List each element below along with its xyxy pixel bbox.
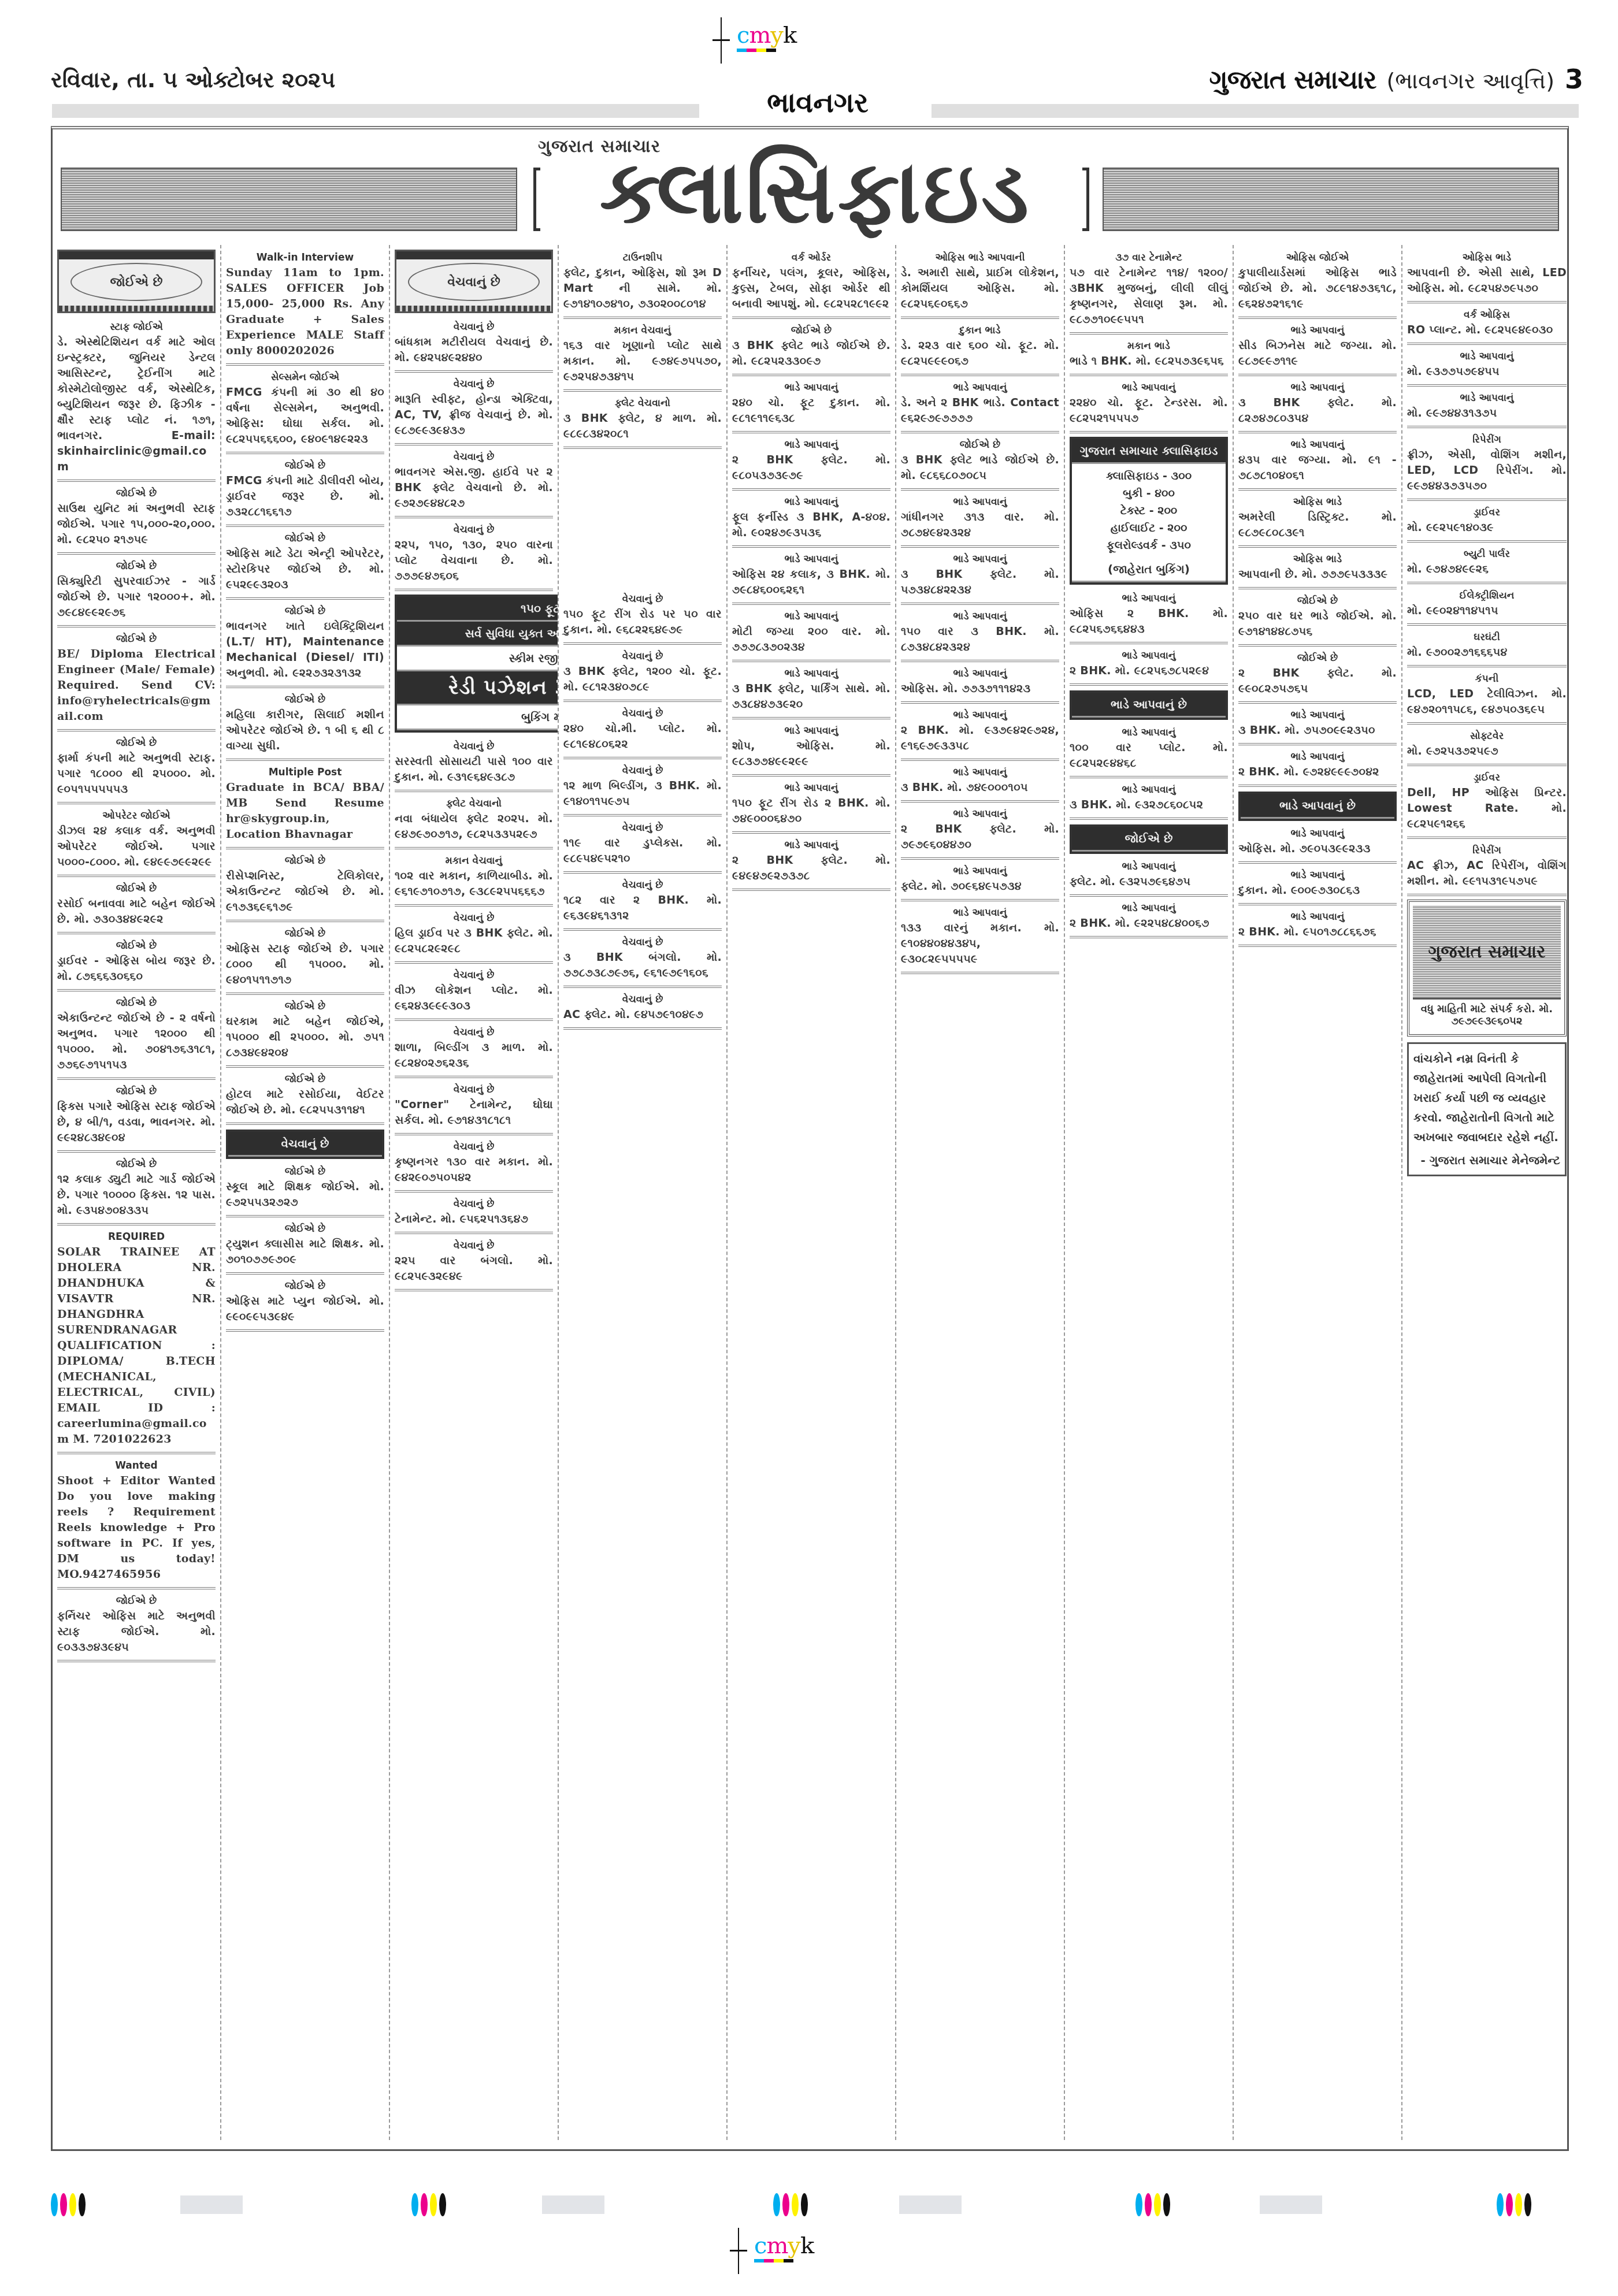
ad-text: ટેનામેન્ટ. મો. ૯૫૬૨૫૧૩૬૪૭ xyxy=(395,1212,553,1227)
ad-text: મહિલા કારીગર, સિલાઈ મશીન ઓપરેટર જોઈએ છે.… xyxy=(226,707,384,754)
rate-card-list: ક્લાસિફાઇડ - ૩૦૦ બુકી - ૪૦૦ ટેક્સ્ટ - ૨૦… xyxy=(1072,464,1226,558)
ad-text: મો. ૯૭૦૦૨૭૧૬૬૬૫૪ xyxy=(1407,645,1567,660)
ad-title: ભાડે આપવાનું xyxy=(901,668,1059,679)
ad-title: ભાડે આપવાનું xyxy=(1238,911,1397,923)
ad-text: ૧૫૦ વાર ૩ BHK. મો. ૮૭૩૪૮૪૨૩૨૪ xyxy=(901,624,1059,655)
header-band-right xyxy=(932,104,1579,118)
classified-ad: ઘરઘંટીમો. ૯૭૦૦૨૭૧૬૬૬૫૪ xyxy=(1407,629,1567,667)
ad-title: ઘરઘંટી xyxy=(1407,631,1567,643)
ad-text: ૨ BHK. મો. ૯૮૨૫૬૭૮૫૨૯૪ xyxy=(1070,663,1228,679)
ad-text: ૩ BHK ફ્લેટ. મો. ૫૭૩૪૮૪૨૨૩૪ xyxy=(901,567,1059,598)
cmyk-label: cmyk xyxy=(737,22,796,49)
ad-text: ૧૬૩ વાર ખૂણાનો પ્લોટ સાથે મકાન. મો. ૯૭૪૯… xyxy=(563,338,722,385)
notice-signature: - ગુજરાત સમાચાર મેનેજમેન્ટ xyxy=(1413,1150,1560,1170)
ad-title: વર્ક ઓર્ડર xyxy=(732,252,890,263)
ad-text: બાંધકામ મટીરીયલ વેચવાનું છે. મો. ૯૪૨૫૪૯૨… xyxy=(395,335,553,366)
bracket-left xyxy=(533,168,540,231)
ad-title: વેચવાનું છે xyxy=(563,765,722,777)
classified-ad: જોઈએ છેરીસેપ્શનિસ્ટ, ટેલિકોલર, એકાઉન્ટન્… xyxy=(226,853,384,922)
ad-text: "Corner" ટેનામેન્ટ, ઘોઘા સર્કલ. મો. ૯૭૧૪… xyxy=(395,1097,553,1128)
ad-text: ૧૫૦ ફૂટ રીંગ રોડ ૨ BHK. મો. ૭૪૯૦૦૦૬૪૭૦ xyxy=(732,796,890,827)
classified-ad: ભાડે આપવાનું૨ BHK. મો. ૯૭૨૪૯૯૯૭૦૪૨ xyxy=(1238,749,1397,787)
ad-text: ફ્રીઝ, એસી, વોશિંગ મશીન, LED, LCD રિપેરી… xyxy=(1407,447,1567,494)
classified-ad: જોઈએ છેમહિલા કારીગર, સિલાઈ મશીન ઓપરેટર જ… xyxy=(226,692,384,761)
ad-text: રીસેપ્શનિસ્ટ, ટેલિકોલર, એકાઉન્ટન્ટ જોઈએ … xyxy=(226,868,384,915)
classified-ad: ભાડે આપવાનુંફ્લેટ. મો. ૭૦૯૬૪૯૫૭૩૪ xyxy=(901,863,1059,901)
ad-title: ભાડે આપવાનું xyxy=(732,782,890,794)
classified-ad: જોઈએ છે૩ BHK ફ્લેટ ભાડે જોઈએ છે. મો. ૯૮૬… xyxy=(901,437,1059,491)
ad-title: ઓપરેટર જોઈએ xyxy=(57,810,216,822)
classified-ad: જોઈએ છે૨ BHK ફ્લેટ. મો. ૯૯૦૮૨૭૫૭૬૫ xyxy=(1238,650,1397,704)
classified-ad: ભાડે આપવાનુંમોટી જગ્યા ૨૦૦ વાર. મો. ૭૭૭૮… xyxy=(732,608,890,662)
classified-ad: ઓફિસ ભાડેઆપવાની છે. એસી સાથે, LED ઓફિસ. … xyxy=(1407,250,1567,303)
color-swatch xyxy=(1497,2193,1531,2216)
ad-title: વેચવાનું છે xyxy=(395,321,553,333)
ad-text: ૩ BHK ફ્લેટ, ૪ માળ. મો. ૯૮૯૮૩૪૨૦૮૧ xyxy=(563,411,722,442)
classified-ad: ભાડે આપવાનું૧૦૦ વાર પ્લોટ. મો. ૯૮૨૫૨૯૪૪૬… xyxy=(1070,725,1228,778)
ad-text: ફાર્મા કંપની માટે અનુભવી સ્ટાફ. પગાર ૧૮૦… xyxy=(57,751,216,797)
ad-text: મો. ૯૯૦૨૪૧૧૪૫૧૫ xyxy=(1407,603,1567,619)
ad-title: વેચવાનું છે xyxy=(395,378,553,390)
ad-title: જોઈએ છે xyxy=(57,737,216,749)
ad-title: જોઈએ છે xyxy=(226,460,384,471)
classified-ad: ઓફિસ ભાડે આપવાનીડે. અમારી સાથે, પ્રાઈમ લ… xyxy=(901,250,1059,319)
classified-ad-walk-in: Walk-in InterviewSunday 11am to 1pm. SAL… xyxy=(226,250,384,366)
classified-ad: ભાડે આપવાનુંમો. ૯૯૭૪૪૩૧૩૭૫ xyxy=(1407,390,1567,428)
ad-text: ૨૨૫, ૧૫૦, ૧૩૦, ૨૫૦ વારના પ્લોટ વેચવાના છ… xyxy=(395,537,553,584)
ad-title: ભાડે આપવાનું xyxy=(901,611,1059,622)
ad-title: ભાડે આપવાનું xyxy=(1238,382,1397,393)
ad-text: ડે. ૨૨૩ વાર ૬૦૦ ચો. ફૂટ. મો. ૯૮૨૫૯૯૯૦૬૭ xyxy=(901,338,1059,369)
ad-text: ડે. અમારી સાથે, પ્રાઈમ લોકેશન, કોમર્શિયલ… xyxy=(901,265,1059,312)
classified-ad: વેચવાનું છેહિલ ડ્રાઈવ પર ૩ BHK ફ્લેટ. મો… xyxy=(395,910,553,964)
ad-text: ફર્નીચર, પલંગ, કૂલર, ઓફિસ, કુલ્ર્સ, ટેબલ… xyxy=(732,265,890,312)
classified-ad: ભાડે આપવાનું૨ BHK ફ્લેટ. મો. ૭૯૭૯૬૦૪૪૭૦ xyxy=(901,806,1059,860)
classified-ad: જોઈએ છેસાઉથ યુનિટ માં અનુભવી સ્ટાફ જોઈએ.… xyxy=(57,485,216,555)
ad-text: મારૂતિ સ્વીફ્ટ, હોન્ડા એક્ટિવા, AC, TV, … xyxy=(395,392,553,439)
ad-text: ૩ BHK. મો. ૭૫૭૦૯૯૨૩૫૦ xyxy=(1238,723,1397,738)
ad-text: ૧૧૯ વાર ડુપ્લેક્સ. મો. ૯૮૯૫૪૯૫૨૧૦ xyxy=(563,835,722,867)
ad-text: FMCG કંપની માં ૩૦ થી ૪૦ વર્ષના સેલ્સમેન,… xyxy=(226,385,384,447)
ad-title: જોઈએ છે xyxy=(226,605,384,617)
ad-title: REQUIRED xyxy=(57,1231,216,1243)
ad-text: રસોઈ બનાવવા માટે બહેન જોઈએ છે. મો. ૭૩૦૩૪… xyxy=(57,896,216,927)
ad-text: આપવાની છે. મો. ૭૭૭૯૫૩૩૩૯ xyxy=(1238,567,1397,582)
ad-title: જોઈએ છે xyxy=(57,633,216,645)
classified-ad: ભાડે આપવાનુંફ્લેટ. મો. ૯૩૨૫૭૯૬૪૭૫ xyxy=(1070,859,1228,897)
ad-title: ભાડે આપવાનું xyxy=(1070,861,1228,872)
cmyk-c: c xyxy=(754,2232,766,2259)
ad-title: જોઈએ છે xyxy=(226,855,384,867)
classified-ad: જોઈએ છેભાવનગર ખાતે ઇલેક્ટ્રિશિયન (L.T/ H… xyxy=(226,603,384,688)
column-5: વર્ક ઓર્ડરફર્નીચર, પલંગ, કૂલર, ઓફિસ, કુલ… xyxy=(728,245,896,2140)
category-label: ભાડે આપવાનું છે xyxy=(1241,794,1394,819)
classified-ad-multiple-post: Multiple PostGraduate in BCA/ BBA/ MB Se… xyxy=(226,764,384,849)
ad-title: વેચવાનું છે xyxy=(563,822,722,834)
ad-text: હિલ ડ્રાઈવ પર ૩ BHK ફ્લેટ. મો. ૯૮૨૫૮૨૯૨૯… xyxy=(395,926,553,957)
ad-text: ૨૪૦ ચો.મી. પ્લોટ. મો. ૯૮૧૯૪૮૦૬૨૨ xyxy=(563,721,722,752)
ad-title: સોફ્ટવેર xyxy=(1407,730,1567,742)
ad-text: ૧૮૨ વાર ૨ BHK. મો. ૯૬૩૯૪૬૧૩૧૨ xyxy=(563,893,722,924)
classified-ad: ભાડે આપવાનું૨ BHK. મો. ૯૨૨૫૪૮૪૦૦૬૭ xyxy=(1070,900,1228,938)
ad-text: ટ્યુશન ક્લાસીસ માટે શિક્ષક. મો. ૭૦૧૦૭૭૯૭… xyxy=(226,1236,384,1268)
ad-title: વેચવાનું છે xyxy=(395,1141,553,1153)
ad-text: ભાડે ૧ BHK. મો. ૯૮૨૫૭૩૯૬૫૬ xyxy=(1070,354,1228,369)
ad-title: Multiple Post xyxy=(226,767,384,778)
small-category-box: જોઈએ છે xyxy=(1070,824,1228,854)
ad-text: ૨૫૦ વાર ઘર ભાડે જોઈએ. મો. ૯૭૧૪૧૪૪૮૭૫૬ xyxy=(1238,608,1397,640)
ad-text: Graduate in BCA/ BBA/ MB Send Resume hr@… xyxy=(226,780,384,842)
rate-item: બુકી - ૪૦૦ xyxy=(1075,485,1222,502)
ad-title: જોઈએ છે xyxy=(226,1166,384,1177)
cmyk-bar xyxy=(737,49,776,52)
classifieds-page: ગુજરાત સમાચાર ક્લાસિફાઇડ જોઈએ છે સ્ટાફ જ… xyxy=(51,126,1569,2151)
category-header-box: જોઈએ છે xyxy=(57,250,216,313)
ad-title: ભાડે આપવાનું xyxy=(901,767,1059,778)
ad-title: સ્ટાફ જોઈએ xyxy=(57,321,216,333)
color-swatch xyxy=(1135,2193,1170,2216)
ad-text: ૨૪૦ ચો. ફૂટ દુકાન. મો. ૯૮૧૯૧૧૯૬૩૮ xyxy=(732,395,890,426)
classified-ad: ભાડે આપવાનું૧૫૦ વાર ૩ BHK. મો. ૮૭૩૪૮૪૨૩૨… xyxy=(901,608,1059,662)
classified-ad: ભાડે આપવાનું૨૨૪૦ ચો. ફૂટ. ટેન્ડરસ. મો. ૯… xyxy=(1070,380,1228,433)
ad-text: કૃષ્ણનગર ૧૩૦ વાર મકાન. મો. ૯૪૨૯૦૭૫૦૫૪૨ xyxy=(395,1154,553,1186)
ad-text: ગાંધીનગર ૩૧૩ વાર. મો. ૭૮૭૪૯૪૨૩૨૪ xyxy=(901,510,1059,541)
ad-title: જોઈએ છે xyxy=(1238,595,1397,607)
ad-text: ભાવનગર ખાતે ઇલેક્ટ્રિશિયન (L.T/ HT), Mai… xyxy=(226,619,384,681)
ad-text: FMCG કંપની માટે ડીલીવરી બોય, ડ્રાઈવર જરૂ… xyxy=(226,473,384,520)
ad-title: જોઈએ છે xyxy=(57,560,216,572)
ad-title: ભાડે આપવાનું xyxy=(901,808,1059,820)
classified-ad: ભાડે આપવાનું૨ BHK. મો. ૯૫૦૧૭૮૮૬૬૭૬ xyxy=(1238,909,1397,947)
ad-text: મો. ૯૯૨૫૯૧૪૦૩૯ xyxy=(1407,520,1567,536)
ad-title: જોઈએ છે xyxy=(57,883,216,894)
classified-ad: વેચવાનું છેવીઝ લોકેશન પ્લોટ. મો. ૯૬૨૪૩૯૯… xyxy=(395,967,553,1021)
cmyk-y: y xyxy=(788,2232,800,2259)
section-title: ક્લાસિફાઇડ xyxy=(561,143,1070,242)
feature-spacer xyxy=(563,452,722,591)
ad-title: ઓફિસ ભાડે xyxy=(1238,553,1397,565)
ad-text: ૨ BHK. મો. ૯૭૨૪૯૯૯૭૦૪૨ xyxy=(1238,764,1397,780)
ad-text: ફ્લેટ. મો. ૭૦૯૬૪૯૫૭૩૪ xyxy=(901,879,1059,894)
ad-text: Sunday 11am to 1pm. SALES OFFICER Job 15… xyxy=(226,265,384,359)
category-label: વેચવાનું છે xyxy=(228,1132,382,1157)
classified-ad: જોઈએ છેહોટલ માટે રસોઈયા, વેઈટર જોઈએ છે. … xyxy=(226,1071,384,1125)
ad-text: AC ફ્રીઝ, AC રિપેરીંગ, વોશિંગ મશીન. મો. … xyxy=(1407,858,1567,889)
ad-text: ઓફિસ સ્ટાફ જોઈએ છે. પગાર ૮૦૦૦ થી ૧૫૦૦૦. … xyxy=(226,941,384,988)
classified-ad: ભાડે આપવાનું૩ BHK. મો. ૯૩૨૭૮૬૦૮૫૨ xyxy=(1070,782,1228,820)
grey-swatch xyxy=(899,2195,962,2214)
ad-text: ૨ BHK ફ્લેટ. મો. ૯૯૦૮૨૭૫૭૬૫ xyxy=(1238,666,1397,697)
classified-ad: જોઈએ છેસિક્યુરિટી સુપરવાઈઝર - ગાર્ડ જોઈએ… xyxy=(57,558,216,627)
ad-title: ભાડે આપવાનું xyxy=(1238,828,1397,839)
ad-title: વેચવાનું છે xyxy=(395,1027,553,1038)
classified-ad: ભાડે આપવાનું૧૫૦ ફૂટ રીંગ રોડ ૨ BHK. મો. … xyxy=(732,780,890,834)
rate-item: ટેક્સ્ટ - ૨૦૦ xyxy=(1075,502,1222,519)
ad-title: ભાડે આપવાનું xyxy=(1070,784,1228,796)
ad-title: ભાડે આપવાનું xyxy=(901,907,1059,919)
ad-title: ભાડે આપવાનું xyxy=(732,382,890,393)
classified-ad: જોઈએ છે૩ BHK ફ્લેટ ભાડે જોઈએ છે. મો. ૯૮૨… xyxy=(732,322,890,376)
ad-text: ૩ BHK ફ્લેટ, પાર્કિંગ સાથે. મો. ૭૩૮૪૪૭૩૯… xyxy=(732,681,890,712)
ad-text: ફૂલ ફર્નીસ્ડ ૩ BHK, A-૪૦૪. મો. ૯૦૨૪૭૯૩૫૩… xyxy=(732,510,890,541)
ad-title: વેચવાનું છે xyxy=(395,912,553,924)
rate-item: ફૂલરોલ્ડવર્ક - ૩૫૦ xyxy=(1075,537,1222,554)
ad-text: સિક્યુરિટી સુપરવાઈઝર - ગાર્ડ જોઈએ છે. પગ… xyxy=(57,574,216,621)
ad-title: વેચવાનું છે xyxy=(563,593,722,605)
ad-text: સરસ્વતી સોસાયટી પાસે ૧૦૦ વાર દુકાન. મો. … xyxy=(395,754,553,785)
classified-ad: વેચવાનું છે"Corner" ટેનામેન્ટ, ઘોઘા સર્ક… xyxy=(395,1082,553,1135)
ad-title: ભાડે આપવાનું xyxy=(732,668,890,679)
classified-ad: દુકાન ભાડેડે. ૨૨૩ વાર ૬૦૦ ચો. ફૂટ. મો. ૯… xyxy=(901,322,1059,376)
ad-text: ઓફિસ માટે પ્યુન જોઈએ. મો. ૯૯૦૯૯૫૩૯૪૯ xyxy=(226,1294,384,1325)
classified-ad: ભાડે આપવાનુંગાંધીનગર ૩૧૩ વાર. મો. ૭૮૭૪૯૪… xyxy=(901,494,1059,548)
color-swatch xyxy=(411,2193,446,2216)
rate-item: હાઈલાઈટ - ૨૦૦ xyxy=(1075,519,1222,537)
featured-flat-ad: ૧૫૦ ફૂટ રીંગ રોડ સર્વ સુવિધા યુક્ત અત્યા… xyxy=(395,595,559,733)
classified-ad: ઓફિસ ભાડેઅમરેલી ડિસ્ટ્રિક્ટ. મો. ૯૮૭૯૮૦૮… xyxy=(1238,494,1397,548)
ad-title: જોઈએ છે xyxy=(732,325,890,336)
ad-title: ભાડે આપવાનું xyxy=(732,553,890,565)
classified-ad: જોઈએ છેઓફિસ સ્ટાફ જોઈએ છે. પગાર ૮૦૦૦ થી … xyxy=(226,926,384,995)
column-9: ઓફિસ ભાડેઆપવાની છે. એસી સાથે, LED ઓફિસ. … xyxy=(1402,245,1571,2140)
category-header-box: વેચવાનું છે xyxy=(395,250,553,313)
ad-title: વર્ક ઓફિસ xyxy=(1407,309,1567,321)
ad-text: ૩ BHK. મો. ૭૪૯૦૦૦૧૦૫ xyxy=(901,780,1059,796)
classified-ad: જોઈએ છેઘરકામ માટે બહેન જોઈએ, ૧૫૦૦૦ થી ૨૫… xyxy=(226,998,384,1068)
ad-title: જોઈએ છે xyxy=(226,694,384,705)
cmyk-c: c xyxy=(737,22,749,49)
registration-mark-bottom: cmyk xyxy=(725,2228,806,2274)
classified-ad: વર્ક ઓફિસRO પ્લાન્ટ. મો. ૯૮૨૫૯૪૯૦૩૦ xyxy=(1407,307,1567,345)
classified-ad: ભાડે આપવાનું૩ BHK ફ્લેટ, પાર્કિંગ સાથે. … xyxy=(732,666,890,719)
ad-title: જોઈએ છે xyxy=(57,997,216,1009)
classified-ad: મકાન વેચવાનું૧૦૨ વાર મકાન, કાળિયાબીડ. મો… xyxy=(395,853,553,906)
classified-ad: ભાડે આપવાનું૩ BHK. મો. ૭૪૯૦૦૦૧૦૫ xyxy=(901,764,1059,803)
ad-text: ૨૨૫ વાર બંગલો. મો. ૯૮૨૫૯૩૨૯૪૯ xyxy=(395,1253,553,1284)
ad-text: Shoot + Editor Wanted Do you love making… xyxy=(57,1473,216,1582)
ad-title: Walk-in Interview xyxy=(226,252,384,263)
classified-ad: જોઈએ છેફાર્મા કંપની માટે અનુભવી સ્ટાફ. પ… xyxy=(57,735,216,804)
ad-title: ભાડે આપવાનું xyxy=(732,725,890,737)
cmyk-k: k xyxy=(783,22,796,49)
ad-text: આપવાની છે. એસી સાથે, LED ઓફિસ. મો. ૯૮૨૫૪… xyxy=(1407,265,1567,296)
classified-ad: ભાડે આપવાનું૩ BHK ફ્લેટ. મો. ૮૨૭૪૭૮૦૩૫૪ xyxy=(1238,380,1397,433)
ad-title: વેચવાનું છે xyxy=(563,879,722,891)
ad-title: ૩૭ વાર ટેનામેન્ટ xyxy=(1070,252,1228,263)
ad-title: ભાડે આપવાનું xyxy=(732,839,890,851)
ad-title: કંપની xyxy=(1407,673,1567,685)
reader-notice: વાંચકોને નમ્ર વિનંતી કે જાહેરાતમાં આપેલી… xyxy=(1407,1042,1567,1176)
small-category-box: વેચવાનું છે xyxy=(226,1130,384,1159)
ad-title: જોઈએ છે xyxy=(226,1223,384,1235)
ad-title: ભાડે આપવાનું xyxy=(1238,751,1397,763)
ad-text: ૩ BHK ફ્લેટ. મો. ૮૨૭૪૭૮૦૩૫૪ xyxy=(1238,395,1397,426)
ad-text: AC ફ્લેટ. મો. ૯૪૫૭૯૧૦૪૯૭ xyxy=(563,1007,722,1023)
classified-ad: જોઈએ છેસ્કૂલ માટે શિક્ષક જોઈએ. મો. ૯૭૨૫૫… xyxy=(226,1164,384,1217)
ad-title: ભાડે આપવાનું xyxy=(1238,325,1397,336)
classified-ad: ભાડે આપવાનું૩ BHK ફ્લેટ. મો. ૫૭૩૪૮૪૨૨૩૪ xyxy=(901,551,1059,605)
classified-ad: જોઈએ છે૨૫૦ વાર ઘર ભાડે જોઈએ. મો. ૯૭૧૪૧૪૪… xyxy=(1238,593,1397,647)
ad-text: ભાવનગર એસ.જી. હાઈવે પર ૨ BHK ફ્લેટ વેચવા… xyxy=(395,465,553,511)
city-title: ભાવનગર xyxy=(705,87,930,120)
classified-ad: વેચવાનું છેસરસ્વતી સોસાયટી પાસે ૧૦૦ વાર … xyxy=(395,738,553,792)
crosshair-bar xyxy=(712,39,730,41)
classified-ad: ભાડે આપવાનુંઓફિસ. મો. ૭૭૩૭૧૧૧૪૨૩ xyxy=(901,666,1059,704)
classified-ad: ભાડે આપવાનું૨ BHK ફ્લેટ. મો. ૯૪૯૪૭૯૨૭૩૭૮ xyxy=(732,837,890,891)
ad-title: વેચવાનું છે xyxy=(395,1084,553,1095)
ad-text: ૧૦૨ વાર મકાન, કાળિયાબીડ. મો. ૯૬૧૯૭૧૦૭૧૭,… xyxy=(395,868,553,900)
column-4: ટાઉનશીપફ્લેટ, દુકાન, ઓફિસ, શો રૂમ D Mart… xyxy=(559,245,728,2140)
ad-text: ૧૨ કલાક ડ્યુટી માટે ગાર્ડ જોઈએ છે. પગાર … xyxy=(57,1172,216,1218)
category-label: જોઈએ છે xyxy=(1072,827,1226,852)
ad-title: જોઈએ છે xyxy=(226,928,384,939)
classified-ad: ફ્લેટ વેચવાનોનવા બંધાયેલ ફ્લેટ ૨૦૨૫. મો.… xyxy=(395,796,553,849)
classified-ad: વેચવાનું છે૧૮૨ વાર ૨ BHK. મો. ૯૬૩૯૪૬૧૩૧૨ xyxy=(563,877,722,931)
classified-ad: જોઈએ છેએકાઉન્ટન્ટ જોઈએ છે - ૨ વર્ષનો અનુ… xyxy=(57,995,216,1080)
ad-title: બ્યુટી પાર્લર xyxy=(1407,548,1567,560)
ad-text: ફ્લેટ, દુકાન, ઓફિસ, શો રૂમ D Mart ની સામ… xyxy=(563,265,722,312)
ad-title: ભાડે આપવાનું xyxy=(1238,870,1397,881)
classified-ad: વેચવાનું છેભાવનગર એસ.જી. હાઈવે પર ૨ BHK … xyxy=(395,449,553,518)
classified-ad: ટાઉનશીપફ્લેટ, દુકાન, ઓફિસ, શો રૂમ D Mart… xyxy=(563,250,722,319)
ad-text: ઘરકામ માટે બહેન જોઈએ, ૧૫૦૦૦ થી ૨૫૦૦૦. મો… xyxy=(226,1014,384,1061)
ad-text: મો. ૯૯૭૪૪૩૧૩૭૫ xyxy=(1407,406,1567,421)
ad-text: ૨ BHK ફ્લેટ. મો. ૭૯૭૯૬૦૪૪૭૦ xyxy=(901,822,1059,853)
classified-ad: ભાડે આપવાનું૨ BHK ફ્લેટ. મો. ૯૮૦૫૩૭૩૯૭૯ xyxy=(732,437,890,491)
ad-text: કુપાલીયાર્ડસમાં ઓફિસ ભાડે જોઈએ છે. મો. ૭… xyxy=(1238,265,1397,312)
ad-text: Dell, HP ઓફિસ પ્રિન્ટર. Lowest Rate. મો.… xyxy=(1407,785,1567,832)
ad-title: ભાડે આપવાનું xyxy=(1070,382,1228,393)
ad-text: ઓફિસ ૨ BHK. મો. ૯૮૨૫૬૭૬૬૪૪૩ xyxy=(1070,606,1228,637)
classified-ad: ભાડે આપવાનુંઓફિસ. મો. ૭૯૦૫૩૯૯૨૩૩ xyxy=(1238,826,1397,864)
column-3: વેચવાનું છે વેચવાનું છેબાંધકામ મટીરીયલ વ… xyxy=(390,245,559,2140)
classified-ad: ભાડે આપવાનુંદુકાન. મો. ૯૦૦૯૭૩૦૮૬૩ xyxy=(1238,867,1397,905)
ad-title: Wanted xyxy=(57,1460,216,1472)
cmyk-m: m xyxy=(766,2232,788,2259)
ad-text: ૩ BHK. મો. ૯૩૨૭૮૬૦૮૫૨ xyxy=(1070,797,1228,813)
ad-title: જોઈએ છે xyxy=(226,1073,384,1085)
ad-text: ૪૩૫ વાર જગ્યા. મો. ૯૧ - ૭૮૭૮૧૦૪૦૬૧ xyxy=(1238,452,1397,484)
classified-ad: ભાડે આપવાનું૧૩૩ વારનું મકાન. મો. ૯૧૦૪૪૦૪… xyxy=(901,905,1059,974)
classified-ad: ઓપરેટર જોઈએડીઝલ ૨૪ કલાક વર્ક. અનુભવી ઓપર… xyxy=(57,808,216,877)
promo-caption: વધુ માહિતી માટે સંપર્ક કરો. મો. ૭૯૭૯૯૩૯૬… xyxy=(1413,998,1561,1031)
classified-ad: વેચવાનું છેશાળા, બિલ્ડીંગ ૩ માળ. મો. ૯૮૨… xyxy=(395,1024,553,1078)
category-label: વેચવાનું છે xyxy=(408,263,540,301)
classified-ad: જોઈએ છેBE/ Diploma Electrical Engineer (… xyxy=(57,631,216,731)
ad-title: ડ્રાઈવર xyxy=(1407,507,1567,518)
ad-title: વેચવાનું છે xyxy=(563,651,722,662)
ad-text: ડે. એસ્થેટિશિયન વર્ક માટે ઓલ ઇન્સ્ટ્રક્ટ… xyxy=(57,335,216,475)
classified-ad: ભાડે આપવાનુંમો. ૯૩૭૭૫૭૯૪૫૫ xyxy=(1407,348,1567,387)
ad-text: ઓફિસ. મો. ૭૯૦૫૩૯૯૨૩૩ xyxy=(1238,841,1397,857)
ad-text: એકાઉન્ટન્ટ જોઈએ છે - ૨ વર્ષનો અનુભવ. પગા… xyxy=(57,1010,216,1073)
ad-title: દુકાન ભાડે xyxy=(901,325,1059,336)
ad-text: સાઉથ યુનિટ માં અનુભવી સ્ટાફ જોઈએ. પગાર ૧… xyxy=(57,501,216,548)
column-7: ૩૭ વાર ટેનામેન્ટ૫૭ વાર ટેનામેન્ટ ૧૧૪/ ૧૨… xyxy=(1065,245,1234,2140)
classified-ad: જોઈએ છેફિક્સ પગારે ઓફિસ સ્ટાફ જોઈએ છે, ૪… xyxy=(57,1083,216,1153)
classified-ad: રિપેરીંગફ્રીઝ, એસી, વોશિંગ મશીન, LED, LC… xyxy=(1407,432,1567,501)
ad-title: ડ્રાઈવર xyxy=(1407,772,1567,783)
crosshair-bar xyxy=(730,2250,747,2252)
banner-pattern-left xyxy=(61,168,517,231)
ad-title: વેચવાનું છે xyxy=(395,1198,553,1210)
cmyk-m: m xyxy=(749,22,770,49)
classified-ad: વેચવાનું છેબાંધકામ મટીરીયલ વેચવાનું છે. … xyxy=(395,319,553,373)
ad-title: જોઈએ છે xyxy=(57,488,216,499)
ad-text: ૫૭ વાર ટેનામેન્ટ ૧૧૪/ ૧૨૦૦/ ૩BHK મુજબનું… xyxy=(1070,265,1228,328)
ad-text: ફિક્સ પગારે ઓફિસ સ્ટાફ જોઈએ છે, ૪ બી/૧, … xyxy=(57,1099,216,1146)
classified-ad: ભાડે આપવાનુંસીડ બિઝનેસ માટે જગ્યા. મો. ૯… xyxy=(1238,322,1397,376)
ad-text: ડે. અને ૨ BHK ભાડે. Contact ૯૬૨૯૭૯૭૭૭૭ xyxy=(901,395,1059,426)
banner-pattern-right xyxy=(1103,168,1559,231)
classified-ad: જોઈએ છે૧૨ કલાક ડ્યુટી માટે ગાર્ડ જોઈએ છે… xyxy=(57,1156,216,1225)
ad-title: ભાડે આપવાનું xyxy=(1070,727,1228,738)
ad-title: વેચવાનું છે xyxy=(563,708,722,719)
ad-title: મકાન વેચવાનું xyxy=(563,325,722,336)
grey-swatch xyxy=(542,2195,604,2214)
small-category-box: ભાડે આપવાનું છે xyxy=(1238,792,1397,821)
ad-title: મકાન વેચવાનું xyxy=(395,855,553,867)
ad-text: મો. ૯૭૪૭૪૯૯૨૬ xyxy=(1407,562,1567,577)
issue-date: રવિવાર, તા. ૫ ઓક્ટોબર ૨૦૨૫ xyxy=(51,67,335,93)
ad-title: ભાડે આપવાનું xyxy=(1070,650,1228,662)
ad-title: જોઈએ છે xyxy=(1238,652,1397,664)
classified-ad: ભાડે આપવાનું૨ BHK. મો. ૯૩૭૯૪૨૯૭૨૪, ૯૧૬૯૭… xyxy=(901,707,1059,761)
ad-text: ડીઝલ ૨૪ કલાક વર્ક. અનુભવી ઓપરેટર જોઈએ. પ… xyxy=(57,823,216,870)
ad-text: વીઝ લોકેશન પ્લોટ. મો. ૯૬૨૪૩૯૯૯૩૦૩ xyxy=(395,983,553,1014)
classified-ad: ડ્રાઈવરમો. ૯૯૨૫૯૧૪૦૩૯ xyxy=(1407,504,1567,543)
ad-text: ૨ BHK. મો. ૯૩૭૯૪૨૯૭૨૪, ૯૧૬૯૭૯૩૩૫૮ xyxy=(901,723,1059,754)
ad-text: ૩ BHK બંગલો. મો. ૭૭૮૭૩૮૭૯૭૬, ૯૬૧૯૭૯૧૬૦૬ xyxy=(563,950,722,981)
grey-swatch xyxy=(1260,2195,1322,2214)
ad-title: ભાડે આપવાનું xyxy=(901,865,1059,877)
ad-title: ભાડે આપવાનું xyxy=(732,611,890,622)
grey-swatch xyxy=(180,2195,243,2214)
ad-title: ઓફિસ જોઈએ xyxy=(1238,252,1397,263)
ad-columns: જોઈએ છે સ્ટાફ જોઈએડે. એસ્થેટિશિયન વર્ક મ… xyxy=(53,245,1567,2140)
ad-text: સીડ બિઝનેસ માટે જગ્યા. મો. ૯૮૭૯૯૭૧૧૯ xyxy=(1238,338,1397,369)
classified-ad: જોઈએ છેરસોઈ બનાવવા માટે બહેન જોઈએ છે. મો… xyxy=(57,880,216,934)
classified-ad: વેચવાનું છેકૃષ્ણનગર ૧૩૦ વાર મકાન. મો. ૯૪… xyxy=(395,1139,553,1192)
classified-ad: જોઈએ છેઓફિસ માટે ડેટા એન્ટ્રી ઓપરેટર, સ્… xyxy=(226,530,384,600)
edition-label: (ભાવનગર આવૃત્તિ) xyxy=(1387,68,1554,94)
ad-title: જોઈએ છે xyxy=(226,1001,384,1012)
ad-text: ૨ BHK ફ્લેટ. મો. ૯૮૦૫૩૭૩૯૭૯ xyxy=(732,452,890,484)
ad-text: ૧૩૩ વારનું મકાન. મો. ૯૧૦૪૪૦૪૪૩૪૫, ૯૩૦૮૨૯… xyxy=(901,920,1059,967)
ad-text: સ્કૂલ માટે શિક્ષક જોઈએ. મો. ૯૭૨૫૫૩૨૭૨૭ xyxy=(226,1179,384,1210)
ad-text: ૩ BHK ફ્લેટ, ૧૨૦૦ ચો. ફૂટ. મો. ૯૮૧૨૩૪૦૭૮… xyxy=(563,664,722,695)
ad-title: જોઈએ છે xyxy=(57,1595,216,1607)
ad-text: મોટી જગ્યા ૨૦૦ વાર. મો. ૭૭૭૮૩૭૦૨૩૪ xyxy=(732,624,890,655)
ad-title: જોઈએ છે xyxy=(57,1158,216,1170)
classified-ad: ભાડે આપવાનું૨૪૦ ચો. ફૂટ દુકાન. મો. ૯૮૧૯૧… xyxy=(732,380,890,433)
ad-text: ૧૨ માળ બિલ્ડીંગ, ૩ BHK. મો. ૯૧૪૦૧૧૫૯૭૫ xyxy=(563,778,722,809)
ad-title: જોઈએ છે xyxy=(901,439,1059,451)
ad-title: વેચવાનું છે xyxy=(395,451,553,463)
classified-ad: વેચવાનું છેટેનામેન્ટ. મો. ૯૫૬૨૫૧૩૬૪૭ xyxy=(395,1196,553,1234)
ad-text: અમરેલી ડિસ્ટ્રિક્ટ. મો. ૯૮૭૯૮૦૮૩૯૧ xyxy=(1238,510,1397,541)
ad-title: ભાડે આપવાનું xyxy=(1238,439,1397,451)
rate-card-ad: ગુજરાત સમાચાર ક્લાસિફાઇડ ક્લાસિફાઇડ - ૩૦… xyxy=(1070,437,1228,585)
ad-title: રિપેરીંગ xyxy=(1407,845,1567,856)
classified-ad: વેચવાનું છે૩ BHK બંગલો. મો. ૭૭૮૭૩૮૭૯૭૬, … xyxy=(563,934,722,988)
ad-text: ૧૫૦ ફૂટ રીંગ રોડ પર ૫૦ વાર દુકાન. મો. ૯૬… xyxy=(563,607,722,638)
ad-text: LCD, LED ટેલીવિઝન. મો. ૯૪૭૨૦૧૧૫૮૬, ૯૪૭૫૦… xyxy=(1407,686,1567,718)
ad-text: શોપ, ઓફિસ. મો. ૯૮૩૭૭૪૯૯૨૯૯ xyxy=(732,738,890,770)
classified-ad: વેચવાનું છે૩ BHK ફ્લેટ, ૧૨૦૦ ચો. ફૂટ. મો… xyxy=(563,648,722,702)
ad-title: ભાડે આપવાનું xyxy=(901,553,1059,565)
classified-ad: ભાડે આપવાનું૪૩૫ વાર જગ્યા. મો. ૯૧ - ૭૮૭૮… xyxy=(1238,437,1397,491)
